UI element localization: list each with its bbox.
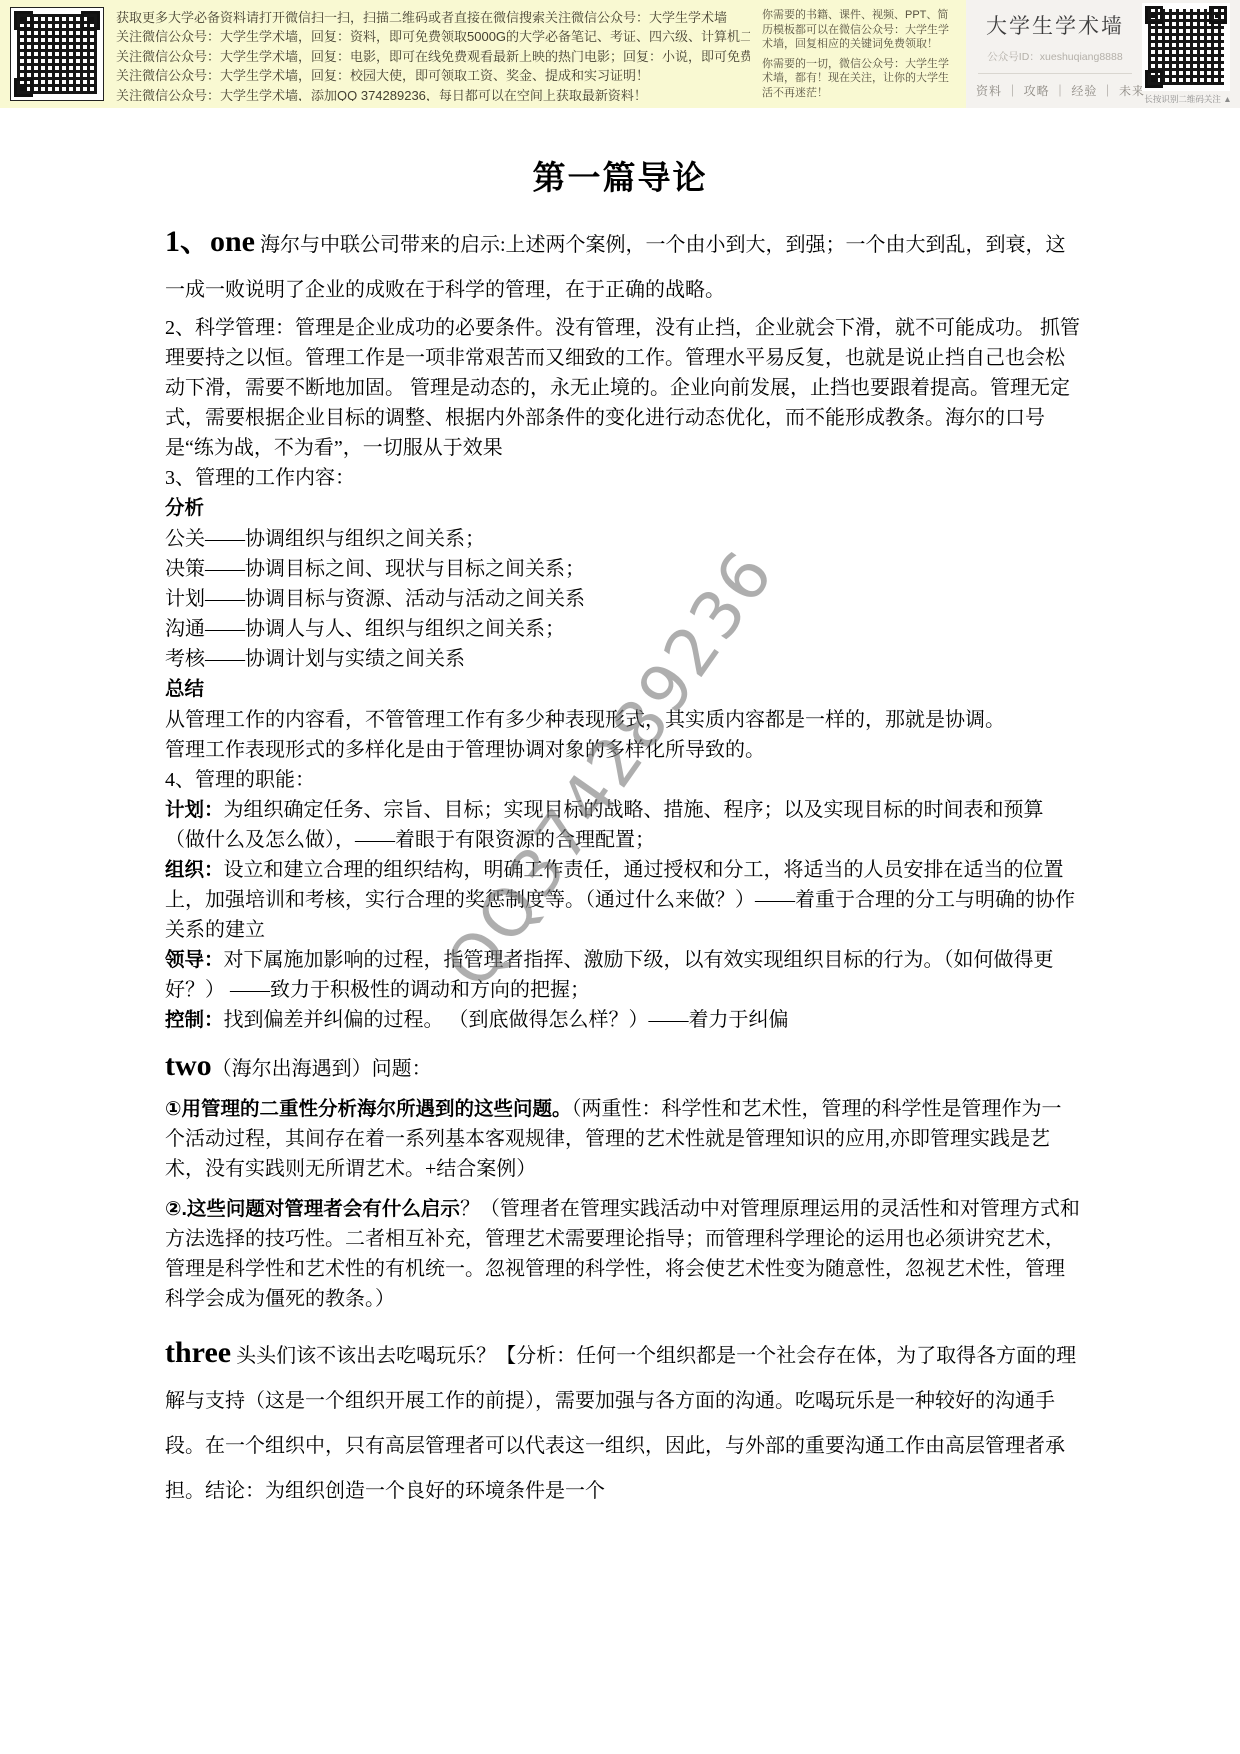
text-segment: 3、管理的工作内容： [165, 467, 355, 489]
section-label: two [165, 1049, 212, 1082]
official-account-card: 大学生学术墙 公众号ID：xueshuqiang8888 资料 ｜ 攻略 ｜ 经… [966, 0, 1240, 108]
paragraph: 考核——协调计划与实绩之间关系 [165, 644, 1080, 674]
text-segment: 控制： [165, 1009, 224, 1031]
paragraph: 领导：对下属施加影响的过程，指管理者指挥、激励下级，以有效实现组织目标的行为。（… [165, 945, 1080, 1005]
wechat-qr-code [10, 7, 104, 101]
paragraph: 控制：找到偏差并纠偏的过程。 （到底做得怎么样？）——着力于纠偏 [165, 1005, 1080, 1035]
paragraph: 计划：为组织确定任务、宗旨、目标；实现目标的战略、措施、程序；以及实现目标的时间… [165, 795, 1080, 855]
paragraph: 2、科学管理：管理是企业成功的必要条件。没有管理，没有止挡，企业就会下滑，就不可… [165, 313, 1080, 463]
paragraph: 从管理工作的内容看，不管管理工作有多少种表现形式，其实质内容都是一样的，那就是协… [165, 705, 1080, 735]
text-segment: 考核——协调计划与实绩之间关系 [165, 648, 465, 670]
document-body: 1、one 海尔与中联公司带来的启示:上述两个案例，一个由小到大，到强；一个由大… [0, 219, 1240, 1594]
text-segment: 决策——协调目标之间、现状与目标之间关系； [165, 558, 585, 580]
paragraph: ②.这些问题对管理者会有什么启示？（管理者在管理实践活动中对管理原理运用的灵活性… [165, 1194, 1080, 1314]
document-paragraphs: 1、one 海尔与中联公司带来的启示:上述两个案例，一个由小到大，到强；一个由大… [165, 219, 1080, 1514]
text-segment: 2、科学管理：管理是企业成功的必要条件。没有管理，没有止挡，企业就会下滑，就不可… [165, 317, 1080, 459]
text-segment: ①用管理的二重性分析海尔所遇到的这些问题。 [165, 1098, 572, 1120]
text-segment: ②.这些问题对管理者会有什么启示 [165, 1198, 460, 1220]
account-card-info: 大学生学术墙 公众号ID：xueshuqiang8888 资料 ｜ 攻略 ｜ 经… [976, 10, 1134, 99]
paragraph: 分析 [165, 493, 1080, 524]
paragraph: 沟通——协调人与人、组织与组织之间关系； [165, 614, 1080, 644]
qr-finder-icon [14, 11, 33, 30]
banner-note: 你需要的一切，微信公众号：大学生学术墙，都有！现在关注，让你的大学生活不再迷茫！ [762, 57, 954, 101]
qr-caption: 长按识别二维码关注 ▲ [1142, 93, 1234, 105]
paragraph: 3、管理的工作内容： [165, 463, 1080, 493]
paragraph: 管理工作表现形式的多样化是由于管理协调对象的多样化所导致的。 [165, 735, 1080, 765]
section-label: three [165, 1336, 231, 1369]
section-label: 1、one [165, 225, 255, 258]
text-segment: 总结 [165, 678, 204, 700]
banner-note: 你需要的书籍、课件、视频、PPT、简历模板都可以在微信公众号：大学生学术墙，回复… [762, 8, 954, 52]
paragraph: 计划——协调目标与资源、活动与活动之间关系 [165, 584, 1080, 614]
text-segment: 领导： [165, 949, 224, 971]
text-segment: 管理工作表现形式的多样化是由于管理协调对象的多样化所导致的。 [165, 739, 765, 761]
account-tags: 资料 ｜ 攻略 ｜ 经验 ｜ 未来 [976, 82, 1134, 99]
banner-text-line: 关注微信公众号：大学生学术墙，添加QQ 374289236，每日都可以在空间上获… [116, 86, 750, 101]
paragraph: two（海尔出海遇到）问题： [165, 1051, 1080, 1084]
text-segment: 从管理工作的内容看，不管管理工作有多少种表现形式，其实质内容都是一样的，那就是协… [165, 709, 1005, 731]
account-qr-block: 长按识别二维码关注 ▲ [1142, 3, 1234, 105]
qr-finder-icon [1145, 6, 1163, 24]
account-name: 大学生学术墙 [976, 10, 1134, 40]
account-id: 公众号ID：xueshuqiang8888 [976, 49, 1134, 64]
account-qr-code [1142, 3, 1230, 91]
banner-text-line: 关注微信公众号：大学生学术墙，回复：电影，即可在线免费观看最新上映的热门电影；回… [116, 47, 750, 66]
qr-finder-icon [1145, 70, 1163, 88]
divider [978, 73, 1132, 74]
paragraph: three 头头们该不该出去吃喝玩乐？【分析：任何一个组织都是一个社会存在体，为… [165, 1330, 1080, 1514]
paragraph: ①用管理的二重性分析海尔所遇到的这些问题。（两重性：科学性和艺术性，管理的科学性… [165, 1094, 1080, 1184]
banner-text-line: 关注微信公众号：大学生学术墙，回复：校园大使，即可领取工资、奖金、提成和实习证明… [116, 66, 750, 85]
paragraph: 组织：设立和建立合理的组织结构，明确工作责任，通过授权和分工，将适当的人员安排在… [165, 855, 1080, 945]
text-segment: 找到偏差并纠偏的过程。 （到底做得怎么样？）——着力于纠偏 [224, 1009, 789, 1031]
text-segment: （海尔出海遇到）问题： [212, 1058, 432, 1080]
banner-text-block: 获取更多大学必备资料请打开微信扫一扫，扫描二维码或者直接在微信搜索关注微信公众号… [116, 7, 750, 101]
text-segment: 分析 [165, 497, 204, 519]
paragraph: 总结 [165, 674, 1080, 705]
paragraph: 决策——协调目标之间、现状与目标之间关系； [165, 554, 1080, 584]
text-segment: 对下属施加影响的过程，指管理者指挥、激励下级，以有效实现组织目标的行为。（如何做… [165, 949, 1054, 1001]
banner-side-notes: 你需要的书籍、课件、视频、PPT、简历模板都可以在微信公众号：大学生学术墙，回复… [762, 7, 954, 101]
banner-text-line: 获取更多大学必备资料请打开微信扫一扫，扫描二维码或者直接在微信搜索关注微信公众号… [116, 8, 750, 27]
paragraph: 1、one 海尔与中联公司带来的启示:上述两个案例，一个由小到大，到强；一个由大… [165, 219, 1080, 313]
banner-text-line: 关注微信公众号：大学生学术墙，回复：资料，即可免费领取5000G的大学必备笔记、… [116, 27, 750, 46]
text-segment: 为组织确定任务、宗旨、目标；实现目标的战略、措施、程序；以及实现目标的时间表和预… [165, 799, 1044, 851]
text-segment: 组织： [165, 859, 224, 881]
text-segment: 4、管理的职能： [165, 769, 315, 791]
text-segment: 头头们该不该出去吃喝玩乐？【分析：任何一个组织都是一个社会存在体，为了取得各方面… [165, 1345, 1076, 1502]
qr-finder-icon [14, 78, 33, 97]
paragraph: 4、管理的职能： [165, 765, 1080, 795]
qr-finder-icon [81, 11, 100, 30]
promo-banner: 获取更多大学必备资料请打开微信扫一扫，扫描二维码或者直接在微信搜索关注微信公众号… [0, 0, 1240, 108]
page-title: 第一篇导论 [0, 152, 1240, 199]
paragraph: 公关——协调组织与组织之间关系； [165, 524, 1080, 554]
text-segment: 计划： [165, 799, 224, 821]
text-segment: 公关——协调组织与组织之间关系； [165, 528, 485, 550]
text-segment: 计划——协调目标与资源、活动与活动之间关系 [165, 588, 585, 610]
text-segment: 设立和建立合理的组织结构，明确工作责任，通过授权和分工，将适当的人员安排在适当的… [165, 859, 1075, 941]
text-segment: 海尔与中联公司带来的启示:上述两个案例，一个由小到大，到强；一个由大到乱，到衰，… [165, 234, 1066, 301]
text-segment: 沟通——协调人与人、组织与组织之间关系； [165, 618, 565, 640]
qr-finder-icon [1209, 6, 1227, 24]
